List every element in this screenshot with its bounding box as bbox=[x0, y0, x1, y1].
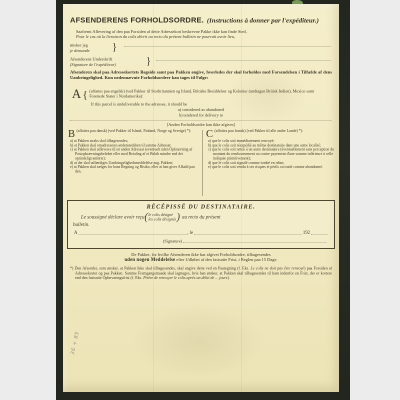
instruction-paragraph: Afsenderen skal paa Adressekortets Bagsi… bbox=[70, 70, 332, 81]
form-title: AFSENDERENS FORHOLDSORDRE.(Instructions … bbox=[70, 16, 334, 25]
sections-b-c: B (affattes paa dansk) (ved Pakker til I… bbox=[68, 129, 334, 198]
document-content: AFSENDERENS FORHOLDSORDRE.(Instructions … bbox=[63, 4, 339, 392]
section-c-heading: (affattes paa fransk) (ved Pakker til al… bbox=[215, 129, 304, 133]
section-b-letter: B bbox=[68, 129, 75, 138]
receipt-signature-line: (Signature) bbox=[163, 238, 328, 244]
request-label-danish: ønsker jeg bbox=[70, 43, 113, 48]
footnote-italic-2: Prière de renvoyer le colis après un dél… bbox=[143, 276, 227, 281]
section-c: C (affattes paa fransk) (ved Pakker til … bbox=[206, 129, 334, 169]
section-c-letter: C bbox=[206, 129, 213, 138]
return-note: De Pakker, for hvilke Afsenderen ikke ha… bbox=[63, 252, 339, 263]
request-field: } ønsker jeg je demande bbox=[70, 42, 332, 53]
no-other-order-note: [Anden Forholdsordre kan ikke afgives] bbox=[63, 122, 339, 127]
title-danish: AFSENDERENS FORHOLDSORDRE. bbox=[70, 16, 204, 25]
brace-glyph: } bbox=[146, 56, 151, 67]
paren-glyph: ) bbox=[177, 212, 180, 222]
intro-paragraph: Saafremt Aflevering af den paa Forsiden … bbox=[76, 29, 329, 39]
section-c-item: e) que le colis soit vendu à ses risques… bbox=[213, 165, 334, 169]
request-fill-line bbox=[124, 42, 331, 47]
pencil-annotation: 36 + 85 bbox=[70, 320, 83, 355]
signature-fill-line bbox=[156, 56, 331, 61]
footnote: *) Den Afsender, som ønsker, at Pakken i… bbox=[70, 266, 332, 280]
footnote-post: ). bbox=[227, 276, 229, 281]
delivery-fill-line bbox=[70, 116, 332, 121]
section-b-heading: (affattes paa dansk) (ved Pakker til Isl… bbox=[77, 129, 192, 133]
receipt-text-pre: Le soussigné déclare avoir reçu bbox=[73, 214, 145, 220]
return-note-rest: efter Udløbet af den fastsatte Frist, i … bbox=[175, 257, 277, 262]
place-fill-line bbox=[78, 230, 186, 235]
intro-french: Pour le cas où la livraison du colis déc… bbox=[76, 34, 329, 39]
receipt-choices: le colis désigné les colis désignés bbox=[148, 213, 176, 222]
receipt-signature-label: (Signature) bbox=[163, 239, 182, 244]
column-divider bbox=[203, 130, 204, 196]
paren-glyph: ( bbox=[145, 212, 148, 222]
date-label: , le bbox=[187, 231, 193, 236]
section-b-item: e) at Pakken skal sælges for hans Regnin… bbox=[75, 165, 199, 174]
return-note-bold: uden nogen Meddelelse bbox=[124, 258, 175, 263]
signature-label-french: (Signature de l'expéditeur) bbox=[70, 62, 145, 67]
section-a-item-a: a) considered as abandoned bbox=[63, 108, 339, 113]
recipient-receipt-box: RÉCÉPISSÉ DU DESTINATAIRE. Le soussigné … bbox=[67, 200, 335, 249]
receipt-choice-plural: les colis désignés bbox=[148, 217, 176, 222]
sender-signature-field: } Afsenderens Underskrift (Signature de … bbox=[70, 56, 332, 67]
year-fill-line bbox=[311, 230, 328, 235]
section-b: B (affattes paa dansk) (ved Pakker til I… bbox=[68, 129, 199, 174]
section-a-letter: A bbox=[72, 89, 81, 100]
paren-glyph: { bbox=[83, 89, 88, 100]
return-note-line2: uden nogen Meddelelse efter Udløbet af d… bbox=[63, 257, 339, 263]
date-fill-line bbox=[194, 230, 302, 235]
place-label: A bbox=[74, 231, 77, 236]
section-a-english-line: If this parcel is undeliverable to the a… bbox=[91, 102, 187, 107]
receipt-place-date-line: A , le 192 bbox=[74, 230, 328, 236]
receipt-declaration: Le soussigné déclare avoir reçu ( le col… bbox=[73, 212, 329, 222]
parcel-card-document: AFSENDERENS FORHOLDSORDRE.(Instructions … bbox=[63, 4, 339, 392]
section-a-heading: (affattes paa engelsk) (ved Pakker til S… bbox=[89, 89, 314, 99]
section-c-item: c) que le colis soit remis à un autre de… bbox=[213, 148, 334, 161]
receipt-signature-fill-line bbox=[183, 238, 327, 243]
receipt-text-post2: bulletin. bbox=[73, 222, 329, 228]
brace-glyph: } bbox=[112, 42, 117, 53]
signature-label-danish: Afsenderens Underskrift bbox=[70, 57, 145, 62]
request-label-french: je demande bbox=[70, 48, 113, 53]
section-a: A { (affattes paa engelsk) (ved Pakker t… bbox=[72, 89, 332, 100]
receipt-title: RÉCÉPISSÉ DU DESTINATAIRE. bbox=[68, 203, 334, 211]
section-b-item: c) at Pakken skal udleveres til en anden… bbox=[75, 148, 199, 161]
receipt-text-post: au recto du présent bbox=[182, 214, 221, 220]
title-french: (Instructions à donner par l'expéditeur.… bbox=[207, 17, 319, 25]
year-prefix: 192 bbox=[303, 231, 310, 236]
